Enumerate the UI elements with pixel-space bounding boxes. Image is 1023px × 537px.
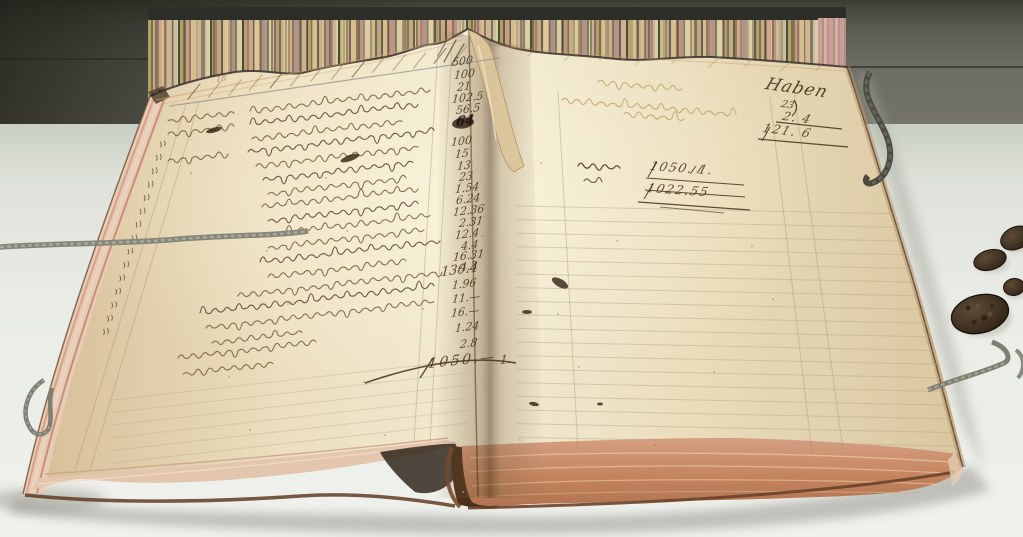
coins: [947, 221, 1023, 339]
gutter: [435, 30, 545, 498]
museum-display-photo: 50010021102.556.5641001513231.546.2412.3…: [0, 0, 1023, 537]
open-ledger-book: [0, 0, 1023, 537]
coin: [1002, 277, 1023, 297]
coin: [947, 289, 1012, 340]
